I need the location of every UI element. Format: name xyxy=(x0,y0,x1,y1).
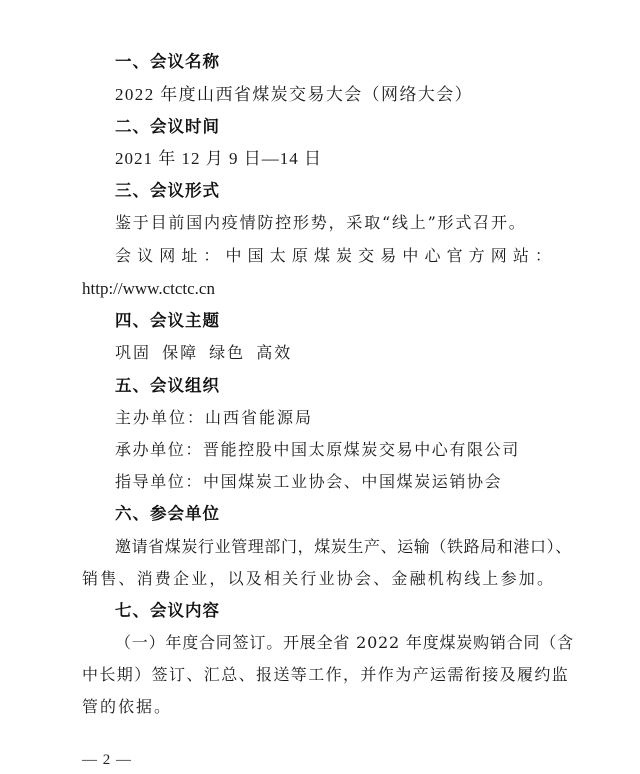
participants-text-line-1: 邀请省煤炭行业管理部门，煤炭生产、运输（铁路局和港口）、 xyxy=(115,531,555,563)
section-heading-meeting-name: 一、会议名称 xyxy=(115,46,555,78)
meeting-theme-text: 巩固 保障 绿色 高效 xyxy=(115,337,555,369)
meeting-name-text: 2022 年度山西省煤炭交易大会（网络大会） xyxy=(115,79,555,111)
meeting-format-text: 鉴于目前国内疫情防控形势，采取“线上”形式召开。 xyxy=(115,207,555,239)
participants-text-line-2: 销售、消费企业，以及相关行业协会、金融机构线上参加。 xyxy=(82,563,555,595)
page-number: — 2 — xyxy=(82,748,132,772)
meeting-time-text: 2021 年 12 月 9 日—14 日 xyxy=(115,143,555,175)
meeting-url-link[interactable]: http://www.ctctc.cn xyxy=(82,273,555,305)
meeting-content-text-line-1: （一）年度合同签订。开展全省 2022 年度煤炭购销合同（含 xyxy=(115,627,555,659)
meeting-url-label: 会议网址：中国太原煤炭交易中心官方网站： xyxy=(115,240,555,272)
section-heading-meeting-time: 二、会议时间 xyxy=(115,111,555,143)
section-heading-meeting-theme: 四、会议主题 xyxy=(115,305,555,337)
document-page: 一、会议名称 2022 年度山西省煤炭交易大会（网络大会） 二、会议时间 202… xyxy=(0,0,640,774)
section-heading-meeting-organization: 五、会议组织 xyxy=(115,370,555,402)
organizer-text: 主办单位：山西省能源局 xyxy=(115,402,555,434)
guidance-text: 指导单位：中国煤炭工业协会、中国煤炭运销协会 xyxy=(115,466,555,498)
section-heading-meeting-content: 七、会议内容 xyxy=(115,595,555,627)
section-heading-participants: 六、参会单位 xyxy=(115,498,555,530)
meeting-content-text-line-3: 管的依据。 xyxy=(82,691,555,723)
host-text: 承办单位：晋能控股中国太原煤炭交易中心有限公司 xyxy=(115,434,555,466)
section-heading-meeting-format: 三、会议形式 xyxy=(115,175,555,207)
meeting-content-text-line-2: 中长期）签订、汇总、报送等工作，并作为产运需衔接及履约监 xyxy=(82,659,555,691)
